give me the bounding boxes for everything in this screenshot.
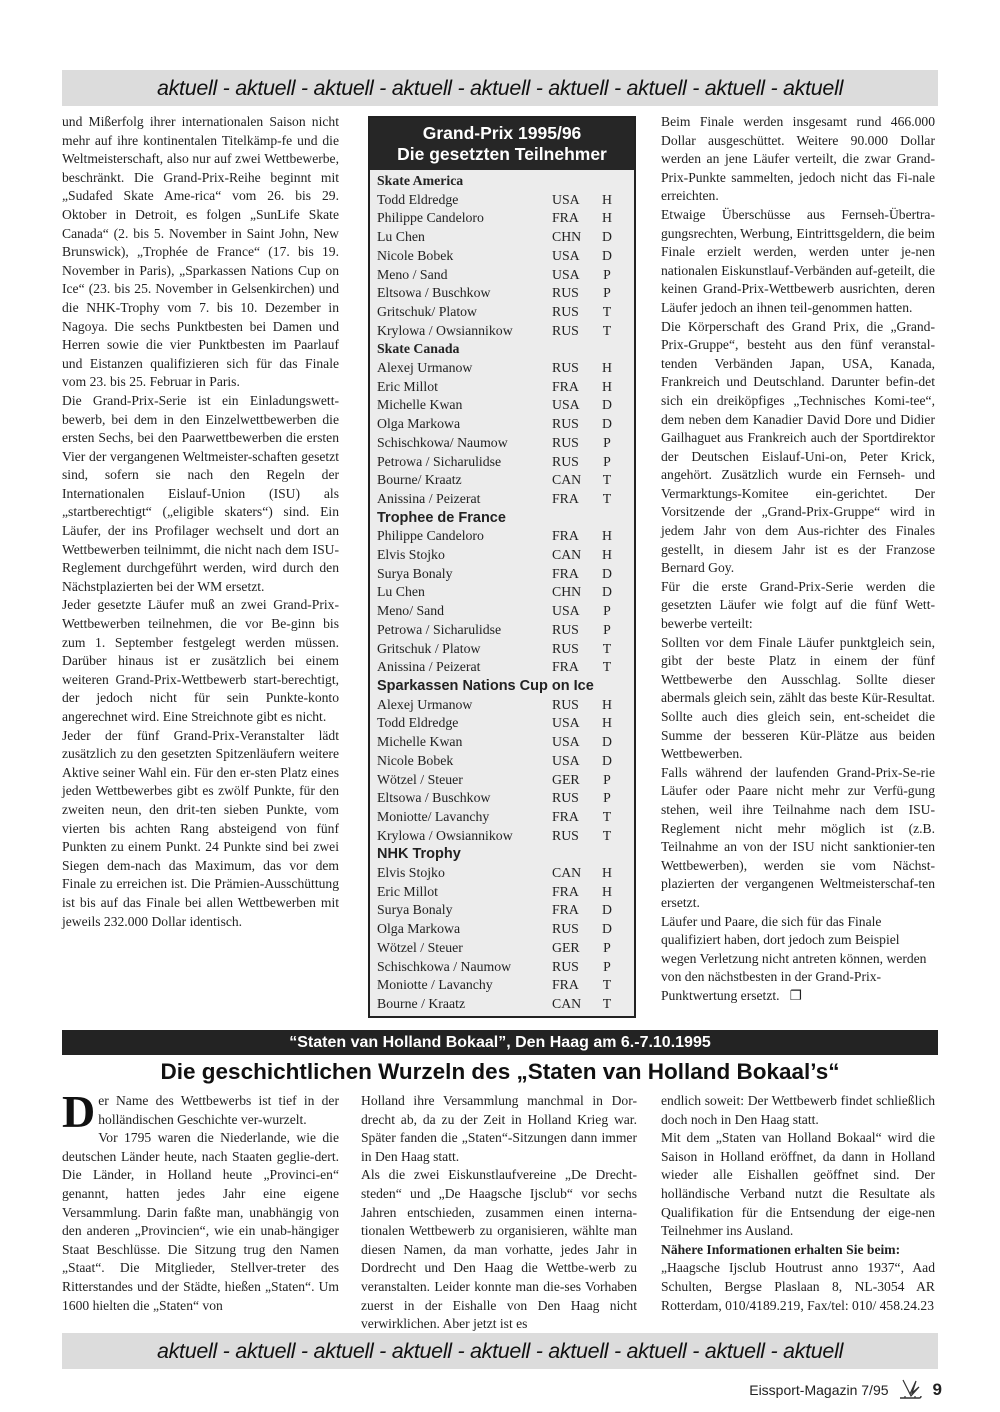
table-row: Elvis StojkoCANH (377, 864, 628, 883)
country-code: RUS (552, 303, 597, 322)
discipline-code: T (597, 303, 617, 322)
skater-name: Wötzel / Steuer (377, 939, 552, 958)
skater-name: Anissina / Peizerat (377, 658, 552, 677)
discipline-code: P (597, 434, 617, 453)
table-row: Michelle KwanUSAD (377, 733, 628, 752)
discipline-code: H (597, 378, 617, 397)
event-heading: Sparkassen Nations Cup on Ice (377, 677, 628, 696)
country-code: RUS (552, 696, 597, 715)
country-code: USA (552, 733, 597, 752)
discipline-code: P (597, 453, 617, 472)
table-row: Meno/ SandUSAP (377, 602, 628, 621)
paragraph: Die Grand-Prix-Serie ist ein Einladungsw… (62, 392, 339, 597)
country-code: FRA (552, 490, 597, 509)
discipline-code: P (597, 602, 617, 621)
discipline-code: P (597, 266, 617, 285)
skater-name: Moniotte / Lavanchy (377, 976, 552, 995)
discipline-code: P (597, 958, 617, 977)
skater-name: Krylowa / Owsiannikow (377, 322, 552, 341)
table-row: Alexej UrmanowRUSH (377, 696, 628, 715)
country-code: RUS (552, 415, 597, 434)
country-code: RUS (552, 453, 597, 472)
country-code: RUS (552, 434, 597, 453)
skater-name: Meno/ Sand (377, 602, 552, 621)
event-heading: Skate America (377, 172, 628, 191)
skater-name: Olga Markowa (377, 920, 552, 939)
discipline-code: T (597, 640, 617, 659)
skater-name: Eric Millot (377, 378, 552, 397)
discipline-code: D (597, 583, 617, 602)
seeded-list: Skate AmericaTodd EldredgeUSAHPhilippe C… (370, 170, 634, 1014)
skater-name: Eltsowa / Buschkow (377, 284, 552, 303)
article1-column-1: und Mißerfolg ihrer internationalen Sais… (62, 113, 339, 931)
country-code: USA (552, 752, 597, 771)
skater-name: Gritschuk / Platow (377, 640, 552, 659)
paragraph: und Mißerfolg ihrer internationalen Sais… (62, 113, 339, 392)
country-code: RUS (552, 958, 597, 977)
country-code: USA (552, 266, 597, 285)
box-title-line2: Die gesetzten Teilnehmer (370, 144, 634, 165)
skater-name: Krylowa / Owsiannikow (377, 827, 552, 846)
paragraph: Sollten vor dem Finale Läufer punktgleic… (661, 634, 935, 764)
discipline-code: D (597, 901, 617, 920)
skater-name: Surya Bonaly (377, 901, 552, 920)
discipline-code: T (597, 471, 617, 490)
table-row: Eric MillotFRAH (377, 378, 628, 397)
country-code: USA (552, 247, 597, 266)
table-row: Lu ChenCHND (377, 228, 628, 247)
paragraph: Für die erste Grand-Prix-Serie werden di… (661, 578, 935, 634)
skater-name: Todd Eldredge (377, 191, 552, 210)
skater-name: Schischkowa/ Naumow (377, 434, 552, 453)
discipline-code: T (597, 490, 617, 509)
table-row: Krylowa / OwsiannikowRUST (377, 827, 628, 846)
country-code: USA (552, 396, 597, 415)
country-code: FRA (552, 527, 597, 546)
country-code: RUS (552, 284, 597, 303)
paragraph: Die Körperschaft des Grand Prix, die „Gr… (661, 318, 935, 578)
paragraph: Beim Finale werden insgesamt rund 466.00… (661, 113, 935, 206)
article2-column-1: Der Name des Wettbewerbs ist tief in der… (62, 1092, 339, 1315)
discipline-code: T (597, 827, 617, 846)
table-row: Schischkowa / NaumowRUSP (377, 958, 628, 977)
paragraph: Mit dem „Staten van Holland Bokaal“ wird… (661, 1129, 935, 1241)
table-row: Michelle KwanUSAD (377, 396, 628, 415)
table-row: Wötzel / SteuerGERP (377, 771, 628, 790)
country-code: FRA (552, 808, 597, 827)
article2-column-2: Holland ihre Versammlung manchmal in Dor… (361, 1092, 637, 1334)
country-code: RUS (552, 359, 597, 378)
page-number: 9 (933, 1380, 942, 1400)
table-row: Anissina / PeizeratFRAT (377, 658, 628, 677)
discipline-code: H (597, 696, 617, 715)
country-code: RUS (552, 621, 597, 640)
discipline-code: T (597, 995, 617, 1014)
footer-aktuell-bar: aktuell - aktuell - aktuell - aktuell - … (62, 1333, 938, 1369)
paragraph-text: er Name des Wettbewerbs ist tief in der … (98, 1093, 339, 1127)
paragraph: Jeder der fünf Grand-Prix-Veranstalter l… (62, 727, 339, 932)
country-code: CAN (552, 471, 597, 490)
table-row: Eltsowa / BuschkowRUSP (377, 284, 628, 303)
country-code: CAN (552, 995, 597, 1014)
event-heading: NHK Trophy (377, 845, 628, 864)
table-row: Bourne/ KraatzCANT (377, 471, 628, 490)
table-row: Wötzel / SteuerGERP (377, 939, 628, 958)
paragraph: Holland ihre Versammlung manchmal in Dor… (361, 1092, 637, 1166)
country-code: USA (552, 602, 597, 621)
country-code: FRA (552, 883, 597, 902)
skater-name: Michelle Kwan (377, 396, 552, 415)
table-row: Bourne / KraatzCANT (377, 995, 628, 1014)
skater-name: Wötzel / Steuer (377, 771, 552, 790)
paragraph: Etwaige Überschüsse aus Fernseh-Übertra-… (661, 206, 935, 318)
drop-cap: D (62, 1094, 95, 1130)
article2-column-3: endlich soweit: Der Wettbewerb findet sc… (661, 1092, 935, 1315)
country-code: CAN (552, 864, 597, 883)
table-row: Krylowa / OwsiannikowRUST (377, 322, 628, 341)
info-label: Nähere Informationen erhalten Sie beim: (661, 1241, 935, 1260)
paragraph: Falls während der laufenden Grand-Prix-S… (661, 764, 935, 913)
paragraph: Läufer und Paare, die sich für das Final… (661, 913, 935, 1006)
country-code: FRA (552, 658, 597, 677)
article1-column-3: Beim Finale werden insgesamt rund 466.00… (661, 113, 935, 1006)
skater-name: Moniotte/ Lavanchy (377, 808, 552, 827)
skater-name: Surya Bonaly (377, 565, 552, 584)
discipline-code: H (597, 191, 617, 210)
skater-name: Petrowa / Sicharulidse (377, 621, 552, 640)
country-code: GER (552, 771, 597, 790)
discipline-code: T (597, 808, 617, 827)
table-row: Surya BonalyFRAD (377, 565, 628, 584)
article2-headline: Die geschichtlichen Wurzeln des „Staten … (62, 1057, 938, 1087)
skater-name: Gritschuk/ Platow (377, 303, 552, 322)
table-row: Meno / SandUSAP (377, 266, 628, 285)
table-row: Eltsowa / BuschkowRUSP (377, 789, 628, 808)
skater-name: Alexej Urmanow (377, 359, 552, 378)
grandprix-seeded-box: Grand-Prix 1995/96 Die gesetzten Teilneh… (368, 116, 636, 1018)
country-code: CHN (552, 583, 597, 602)
skater-name: Lu Chen (377, 583, 552, 602)
skater-name: Schischkowa / Naumow (377, 958, 552, 977)
table-row: Surya BonalyFRAD (377, 901, 628, 920)
end-mark-icon: ❐ (790, 988, 802, 1003)
table-row: Gritschuk / PlatowRUST (377, 640, 628, 659)
discipline-code: D (597, 920, 617, 939)
page-footer: Eissport-Magazin 7/95 9 (749, 1377, 942, 1403)
paragraph: Vor 1795 waren die Niederlande, wie die … (62, 1129, 339, 1315)
table-row: Moniotte/ LavanchyFRAT (377, 808, 628, 827)
skater-name: Nicole Bobek (377, 752, 552, 771)
discipline-code: H (597, 883, 617, 902)
discipline-code: D (597, 733, 617, 752)
skater-name: Bourne/ Kraatz (377, 471, 552, 490)
table-row: Petrowa / SicharulidseRUSP (377, 453, 628, 472)
skater-name: Nicole Bobek (377, 247, 552, 266)
table-row: Nicole BobekUSAD (377, 247, 628, 266)
skater-name: Elvis Stojko (377, 546, 552, 565)
skater-name: Alexej Urmanow (377, 696, 552, 715)
discipline-code: P (597, 771, 617, 790)
country-code: CHN (552, 228, 597, 247)
header-aktuell-bar: aktuell - aktuell - aktuell - aktuell - … (62, 70, 938, 106)
country-code: USA (552, 191, 597, 210)
table-row: Philippe CandeloroFRAH (377, 209, 628, 228)
discipline-code: D (597, 752, 617, 771)
discipline-code: D (597, 415, 617, 434)
table-row: Elvis StojkoCANH (377, 546, 628, 565)
country-code: GER (552, 939, 597, 958)
skater-name: Philippe Candeloro (377, 527, 552, 546)
table-row: Lu ChenCHND (377, 583, 628, 602)
country-code: FRA (552, 565, 597, 584)
country-code: RUS (552, 640, 597, 659)
article2-kicker-bar: “Staten van Holland Bokaal”, Den Haag am… (62, 1030, 938, 1055)
country-code: FRA (552, 901, 597, 920)
skater-name: Anissina / Peizerat (377, 490, 552, 509)
skater-name: Meno / Sand (377, 266, 552, 285)
event-heading: Skate Canada (377, 340, 628, 359)
event-heading: Trophee de France (377, 509, 628, 528)
skater-name: Eric Millot (377, 883, 552, 902)
publication-name: Eissport-Magazin 7/95 (749, 1382, 888, 1398)
skater-name: Petrowa / Sicharulidse (377, 453, 552, 472)
table-row: Nicole BobekUSAD (377, 752, 628, 771)
info-address: „Haagsche Ijsclub Houtrust anno 1937“, A… (661, 1259, 935, 1315)
discipline-code: P (597, 284, 617, 303)
paragraph: endlich soweit: Der Wettbewerb findet sc… (661, 1092, 935, 1129)
discipline-code: T (597, 976, 617, 995)
country-code: FRA (552, 209, 597, 228)
country-code: RUS (552, 827, 597, 846)
box-title: Grand-Prix 1995/96 Die gesetzten Teilneh… (370, 118, 634, 170)
table-row: Philippe CandeloroFRAH (377, 527, 628, 546)
table-row: Todd EldredgeUSAH (377, 714, 628, 733)
discipline-code: H (597, 359, 617, 378)
country-code: CAN (552, 546, 597, 565)
paragraph: Als die zwei Eiskunstlaufvereine „De Dre… (361, 1166, 637, 1333)
country-code: FRA (552, 378, 597, 397)
discipline-code: P (597, 621, 617, 640)
skater-name: Eltsowa / Buschkow (377, 789, 552, 808)
discipline-code: D (597, 247, 617, 266)
table-row: Todd EldredgeUSAH (377, 191, 628, 210)
country-code: FRA (552, 976, 597, 995)
table-row: Olga MarkowaRUSD (377, 920, 628, 939)
box-title-line1: Grand-Prix 1995/96 (370, 123, 634, 144)
country-code: RUS (552, 322, 597, 341)
country-code: RUS (552, 789, 597, 808)
skater-name: Todd Eldredge (377, 714, 552, 733)
table-row: Alexej UrmanowRUSH (377, 359, 628, 378)
discipline-code: H (597, 864, 617, 883)
discipline-code: D (597, 565, 617, 584)
country-code: USA (552, 714, 597, 733)
table-row: Petrowa / SicharulidseRUSP (377, 621, 628, 640)
country-code: RUS (552, 920, 597, 939)
discipline-code: P (597, 789, 617, 808)
skater-name: Elvis Stojko (377, 864, 552, 883)
skater-name: Michelle Kwan (377, 733, 552, 752)
table-row: Eric MillotFRAH (377, 883, 628, 902)
discipline-code: D (597, 396, 617, 415)
discipline-code: H (597, 527, 617, 546)
discipline-code: D (597, 228, 617, 247)
skater-name: Lu Chen (377, 228, 552, 247)
skater-name: Olga Markowa (377, 415, 552, 434)
skater-name: Bourne / Kraatz (377, 995, 552, 1014)
skater-name: Philippe Candeloro (377, 209, 552, 228)
discipline-code: P (597, 939, 617, 958)
discipline-code: T (597, 322, 617, 341)
table-row: Moniotte / LavanchyFRAT (377, 976, 628, 995)
paragraph: Der Name des Wettbewerbs ist tief in der… (62, 1092, 339, 1129)
table-row: Schischkowa/ NaumowRUSP (377, 434, 628, 453)
discipline-code: H (597, 546, 617, 565)
table-row: Anissina / PeizeratFRAT (377, 490, 628, 509)
skate-logo-icon (897, 1377, 923, 1403)
discipline-code: T (597, 658, 617, 677)
table-row: Gritschuk/ PlatowRUST (377, 303, 628, 322)
discipline-code: H (597, 714, 617, 733)
paragraph: Jeder gesetzte Läufer muß an zwei Grand-… (62, 596, 339, 726)
table-row: Olga MarkowaRUSD (377, 415, 628, 434)
discipline-code: H (597, 209, 617, 228)
